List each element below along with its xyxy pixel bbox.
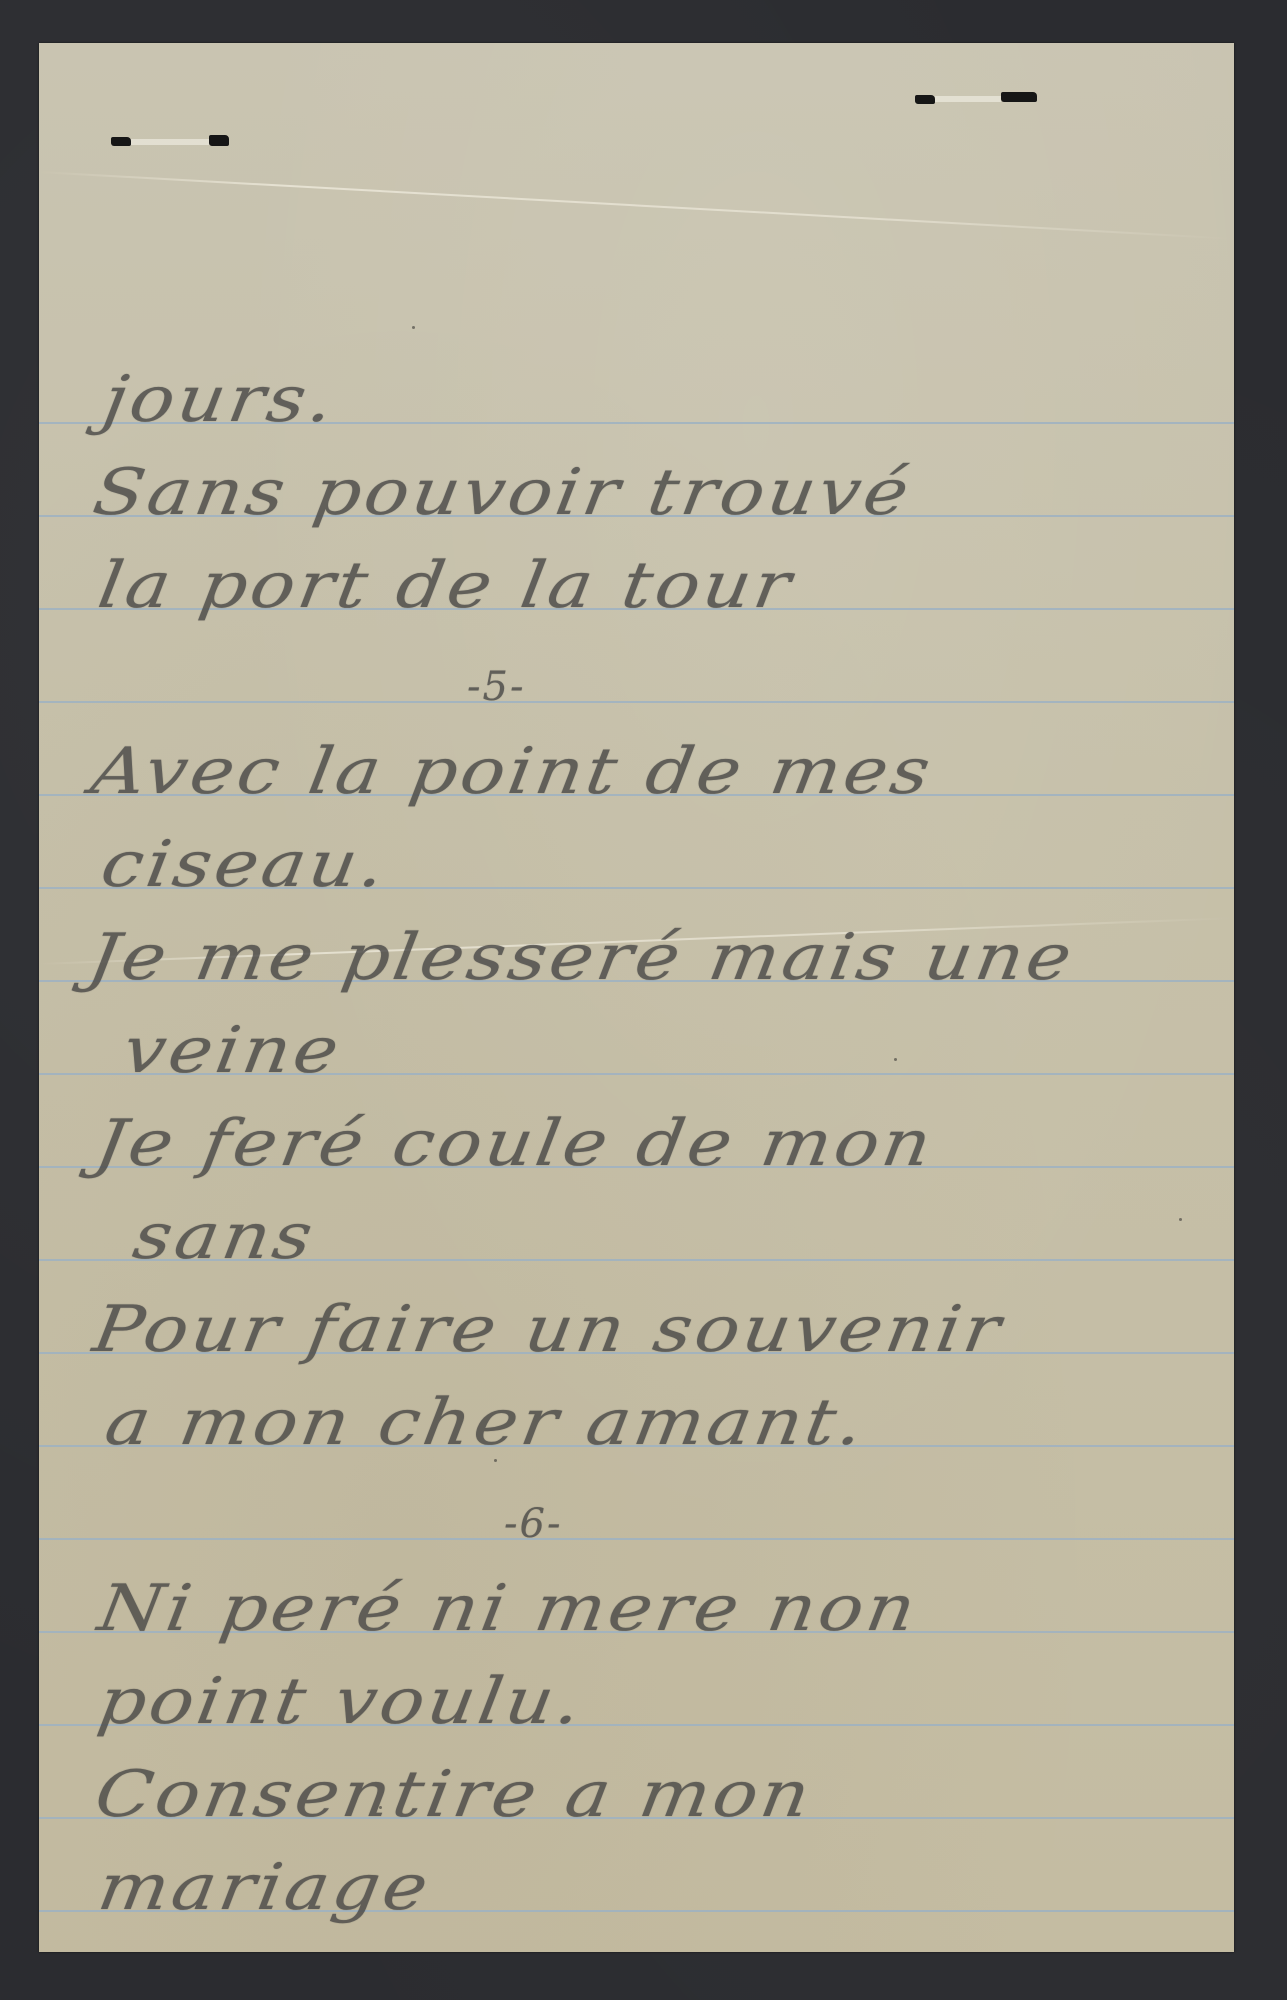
notebook-page: jours. Sans pouvoir trouvé la port de la…	[39, 43, 1234, 1952]
rule-line	[39, 1538, 1234, 1540]
handwritten-line: mariage	[94, 1856, 435, 1920]
handwritten-line: Je me plesseré mais une	[84, 926, 1079, 990]
handwritten-line: veine	[119, 1019, 346, 1083]
handwritten-line: a mon cher amant.	[101, 1391, 871, 1455]
handwritten-line: Avec la point de mes	[87, 740, 938, 804]
handwritten-line: Pour faire un souvenir	[89, 1298, 1008, 1362]
pencil-speck	[412, 326, 415, 329]
binding-hole-left-a	[111, 137, 131, 146]
handwritten-line: point voulu.	[94, 1670, 589, 1734]
pencil-speck	[379, 1806, 382, 1809]
handwritten-line: Je feré coule de mon	[91, 1112, 939, 1176]
pencil-speck	[494, 1459, 497, 1462]
binding-tear-left	[131, 139, 209, 145]
rule-line	[39, 701, 1234, 703]
handwritten-line: sans	[129, 1205, 320, 1269]
verse-number-6: -6-	[504, 1504, 562, 1544]
handwritten-line: Ni peré ni mere non	[94, 1577, 923, 1641]
pencil-speck	[894, 1058, 897, 1061]
paper-crease-top	[39, 171, 1232, 240]
binding-hole-right-b	[1001, 92, 1037, 102]
handwritten-line: Consentire a mon	[91, 1763, 817, 1827]
pencil-speck	[1179, 1218, 1182, 1221]
binding-hole-right-a	[915, 95, 935, 104]
handwritten-line: jours.	[99, 368, 341, 432]
binding-tear-right	[935, 96, 1001, 102]
handwritten-line: ciseau.	[97, 833, 392, 897]
binding-hole-left-b	[209, 135, 229, 146]
verse-number-5: -5-	[467, 667, 525, 707]
handwritten-line: la port de la tour	[94, 554, 798, 618]
handwritten-line: Sans pouvoir trouvé	[89, 461, 916, 525]
